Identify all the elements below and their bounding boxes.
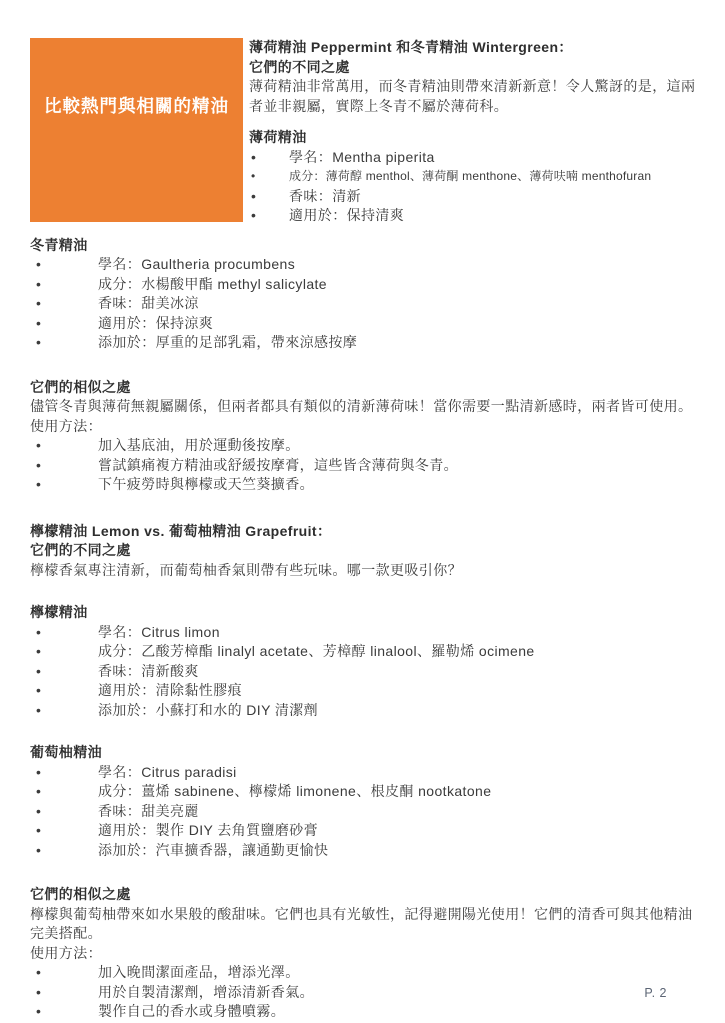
list-item: 適用於：保持清爽 bbox=[249, 206, 700, 226]
list-item: 添加於：厚重的足部乳霜，帶來涼感按摩 bbox=[30, 333, 700, 353]
list-item: 添加於：小蘇打和水的 DIY 清潔劑 bbox=[30, 701, 700, 721]
oil-name-grapefruit: 葡萄柚精油 bbox=[30, 743, 700, 763]
usage-list-1: 加入基底油，用於運動後按摩。 嘗試鎮痛複方精油或舒緩按摩膏，這些皆含薄荷與冬青。… bbox=[30, 436, 700, 495]
usage-label-2: 使用方法： bbox=[30, 944, 700, 964]
list-item: 香味：甜美亮麗 bbox=[30, 802, 700, 822]
peppermint-attribute-list: 學名：Mentha piperita 成分：薄荷醇 menthol、薄荷酮 me… bbox=[249, 148, 700, 226]
list-item: 下午疲勞時與檸檬或天竺葵擴香。 bbox=[30, 475, 700, 495]
similarities-section-2: 它們的相似之處 檸檬與葡萄柚帶來如水果般的酸甜味。它們也具有光敏性，記得避開陽光… bbox=[30, 885, 700, 1022]
list-item: 香味：清新酸爽 bbox=[30, 662, 700, 682]
usage-label-1: 使用方法： bbox=[30, 417, 700, 437]
oil-name-lemon: 檸檬精油 bbox=[30, 603, 700, 623]
list-item: 添加於：汽車擴香器，讓通勤更愉快 bbox=[30, 841, 700, 861]
page-title: 比較熱門與相關的精油 bbox=[44, 97, 229, 117]
intro-paragraph: 薄荷精油非常萬用，而冬青精油則帶來清新新意！令人驚訝的是，這兩者並非親屬，實際上… bbox=[249, 77, 700, 116]
list-item: 製作自己的香水或身體噴霧。 bbox=[30, 1002, 700, 1022]
heading-peppermint-vs-wintergreen: 薄荷精油 Peppermint 和冬青精油 Wintergreen： bbox=[249, 38, 700, 58]
subheading-similarities-2: 它們的相似之處 bbox=[30, 885, 700, 905]
list-item: 用於自製清潔劑，增添清新香氣。 bbox=[30, 983, 700, 1003]
list-item: 學名：Citrus limon bbox=[30, 623, 700, 643]
main-content: 冬青精油 學名：Gaultheria procumbens 成分：水楊酸甲酯 m… bbox=[0, 236, 725, 1022]
similarities-section-1: 它們的相似之處 儘管冬青與薄荷無親屬關係，但兩者都具有類似的清新薄荷味！當你需要… bbox=[30, 378, 700, 495]
list-item: 適用於：保持涼爽 bbox=[30, 314, 700, 334]
list-item: 適用於：製作 DIY 去角質鹽磨砂膏 bbox=[30, 821, 700, 841]
subheading-differences-2: 它們的不同之處 bbox=[30, 541, 700, 561]
list-item: 學名：Mentha piperita bbox=[249, 148, 700, 168]
intro-column: 薄荷精油 Peppermint 和冬青精油 Wintergreen： 它們的不同… bbox=[249, 38, 700, 226]
top-two-column-area: 比較熱門與相關的精油 薄荷精油 Peppermint 和冬青精油 Winterg… bbox=[0, 0, 725, 226]
grapefruit-attribute-list: 學名：Citrus paradisi 成分：薑烯 sabinene、檸檬烯 li… bbox=[30, 763, 700, 861]
wintergreen-attribute-list: 學名：Gaultheria procumbens 成分：水楊酸甲酯 methyl… bbox=[30, 255, 700, 353]
similarities-paragraph-2: 檸檬與葡萄柚帶來如水果般的酸甜味。它們也具有光敏性，記得避開陽光使用！它們的清香… bbox=[30, 905, 700, 944]
oil-name-peppermint: 薄荷精油 bbox=[249, 128, 700, 148]
list-item: 加入晚間潔面產品，增添光澤。 bbox=[30, 963, 700, 983]
citrus-heading-block: 檸檬精油 Lemon vs. 葡萄柚精油 Grapefruit： 它們的不同之處… bbox=[30, 522, 700, 581]
list-item: 學名：Gaultheria procumbens bbox=[30, 255, 700, 275]
list-item: 學名：Citrus paradisi bbox=[30, 763, 700, 783]
list-item: 成分：乙酸芳樟酯 linalyl acetate、芳樟醇 linalool、羅勒… bbox=[30, 642, 700, 662]
list-item: 香味：清新 bbox=[249, 187, 700, 207]
document-page: 比較熱門與相關的精油 薄荷精油 Peppermint 和冬青精油 Winterg… bbox=[0, 0, 725, 1023]
list-item: 成分：薑烯 sabinene、檸檬烯 limonene、根皮酮 nootkato… bbox=[30, 782, 700, 802]
oil-name-wintergreen: 冬青精油 bbox=[30, 236, 700, 256]
list-item: 成分：水楊酸甲酯 methyl salicylate bbox=[30, 275, 700, 295]
heading-lemon-vs-grapefruit: 檸檬精油 Lemon vs. 葡萄柚精油 Grapefruit： bbox=[30, 522, 700, 542]
page-number: P. 2 bbox=[644, 984, 667, 1004]
similarities-paragraph-1: 儘管冬青與薄荷無親屬關係，但兩者都具有類似的清新薄荷味！當你需要一點清新感時，兩… bbox=[30, 397, 700, 417]
title-banner: 比較熱門與相關的精油 bbox=[30, 38, 243, 222]
usage-list-2: 加入晚間潔面產品，增添光澤。 用於自製清潔劑，增添清新香氣。 製作自己的香水或身… bbox=[30, 963, 700, 1022]
list-item: 香味：甜美冰涼 bbox=[30, 294, 700, 314]
lemon-attribute-list: 學名：Citrus limon 成分：乙酸芳樟酯 linalyl acetate… bbox=[30, 623, 700, 721]
subheading-similarities-1: 它們的相似之處 bbox=[30, 378, 700, 398]
subheading-differences-1: 它們的不同之處 bbox=[249, 58, 700, 78]
list-item: 適用於：清除黏性膠痕 bbox=[30, 681, 700, 701]
list-item: 嘗試鎮痛複方精油或舒緩按摩膏，這些皆含薄荷與冬青。 bbox=[30, 456, 700, 476]
citrus-paragraph: 檸檬香氣專注清新，而葡萄柚香氣則帶有些玩味。哪一款更吸引你？ bbox=[30, 561, 700, 581]
list-item: 成分：薄荷醇 menthol、薄荷酮 menthone、薄荷呋喃 menthof… bbox=[249, 167, 700, 187]
list-item: 加入基底油，用於運動後按摩。 bbox=[30, 436, 700, 456]
